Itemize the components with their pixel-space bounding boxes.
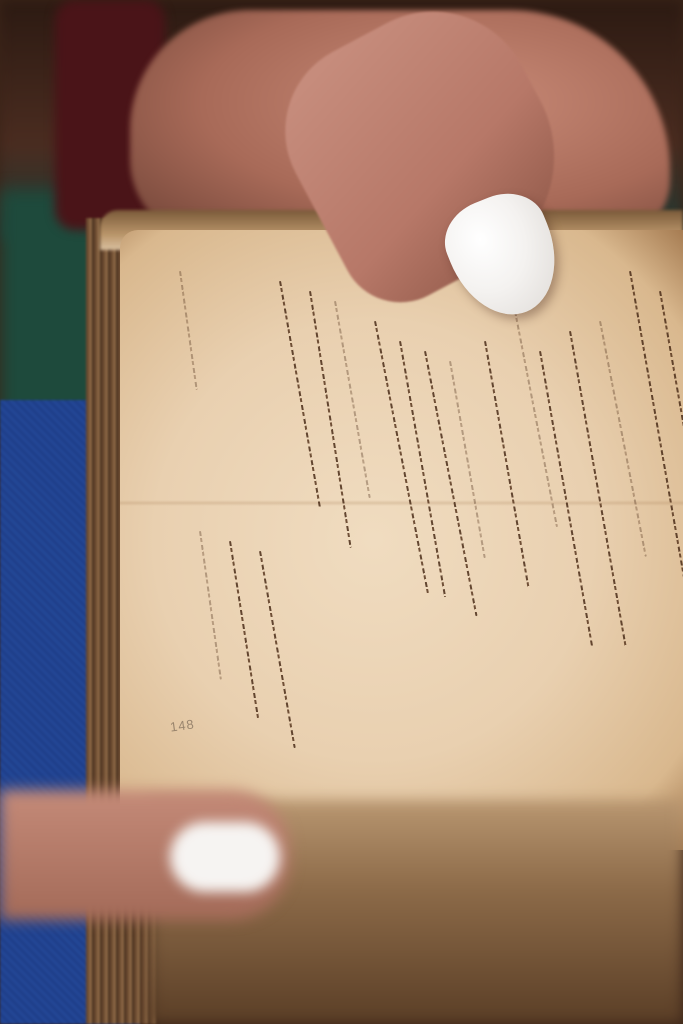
handwritten-text [120, 230, 683, 850]
blurred-thumb-nail [170, 822, 280, 892]
